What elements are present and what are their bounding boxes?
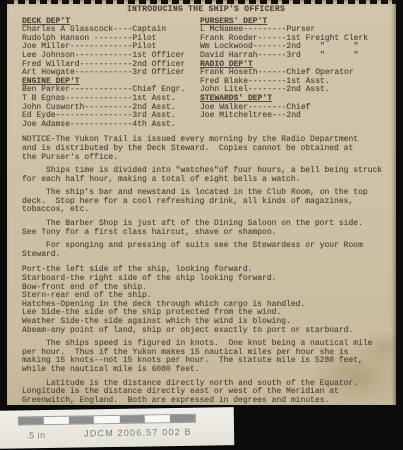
scale-segment bbox=[119, 416, 144, 423]
scale-segment bbox=[44, 417, 69, 424]
scale-segment bbox=[170, 415, 195, 422]
typewritten-page: INTRODUCING THE SHIP'S OFFICERS DECK DEP… bbox=[7, 0, 396, 405]
scale-segment bbox=[94, 416, 119, 423]
officers-roster: DECK DEP'T Charles A Glasscock----Captai… bbox=[22, 18, 390, 130]
latitude-longitude-paragraph: Latitude is the distance directly north … bbox=[22, 380, 390, 406]
barber-shop-paragraph: The Barber Shop is just aft of the Dinin… bbox=[22, 220, 390, 237]
roster-entry: Joe Mitcheltree---2nd bbox=[200, 112, 390, 121]
photo-scale-ruler bbox=[18, 414, 196, 426]
nautical-definitions-list: Port-the left side of the ship, looking … bbox=[22, 266, 390, 335]
scale-segment bbox=[19, 417, 44, 424]
page-title: INTRODUCING THE SHIP'S OFFICERS bbox=[22, 6, 390, 15]
knots-paragraph: The ships speed is figured in knots. One… bbox=[22, 340, 390, 374]
roster-left-column: DECK DEP'T Charles A Glasscock----Captai… bbox=[22, 18, 200, 130]
roster-right-column: PURSERS' DEP'T L McNamee---------Purser … bbox=[200, 18, 390, 130]
watches-paragraph: Ships time is divided into "watches"of f… bbox=[22, 167, 390, 184]
scale-caption: .5 in bbox=[26, 430, 46, 440]
scanned-document-photo: INTRODUCING THE SHIP'S OFFICERS DECK DEP… bbox=[0, 0, 403, 450]
bar-newstand-paragraph: The ship's bar and newstand is located i… bbox=[22, 189, 390, 215]
notice-paragraph: NOTICE-The Yukon Trail is issued every m… bbox=[22, 136, 390, 162]
torn-perforated-edge bbox=[7, 0, 396, 4]
roster-entry: Joe Adamse-------------4th Asst. bbox=[22, 121, 200, 130]
label-text-row: .5 in JDCM 2006.57 002 B bbox=[0, 425, 234, 429]
scale-segment bbox=[69, 416, 94, 423]
accession-number: JDCM 2006.57 002 B bbox=[84, 427, 192, 439]
scale-segment bbox=[145, 415, 170, 422]
museum-label-strip: .5 in JDCM 2006.57 002 B bbox=[0, 407, 234, 449]
sponging-paragraph: For sponging and pressing of suits see t… bbox=[22, 242, 390, 259]
